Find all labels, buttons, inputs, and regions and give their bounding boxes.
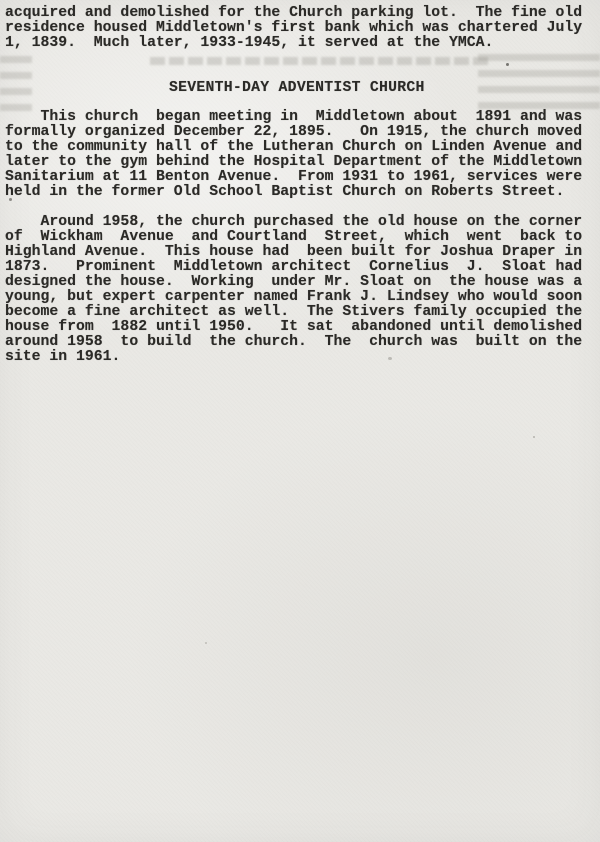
paragraph-church-history: This church began meeting in Middletown … bbox=[5, 110, 582, 200]
scan-speck bbox=[506, 63, 509, 66]
bleedthrough-center-line bbox=[150, 57, 488, 65]
section-heading: SEVENTH-DAY ADVENTIST CHURCH bbox=[169, 81, 425, 96]
scanned-document-page: acquired and demolished for the Church p… bbox=[0, 0, 600, 842]
scan-speck bbox=[533, 436, 535, 438]
bleedthrough-left-fragment bbox=[0, 56, 32, 114]
paragraph-intro: acquired and demolished for the Church p… bbox=[5, 6, 582, 51]
paragraph-old-house: Around 1958, the church purchased the ol… bbox=[5, 215, 582, 365]
scan-speck bbox=[205, 642, 207, 644]
bleedthrough-right-fragment bbox=[478, 54, 600, 110]
